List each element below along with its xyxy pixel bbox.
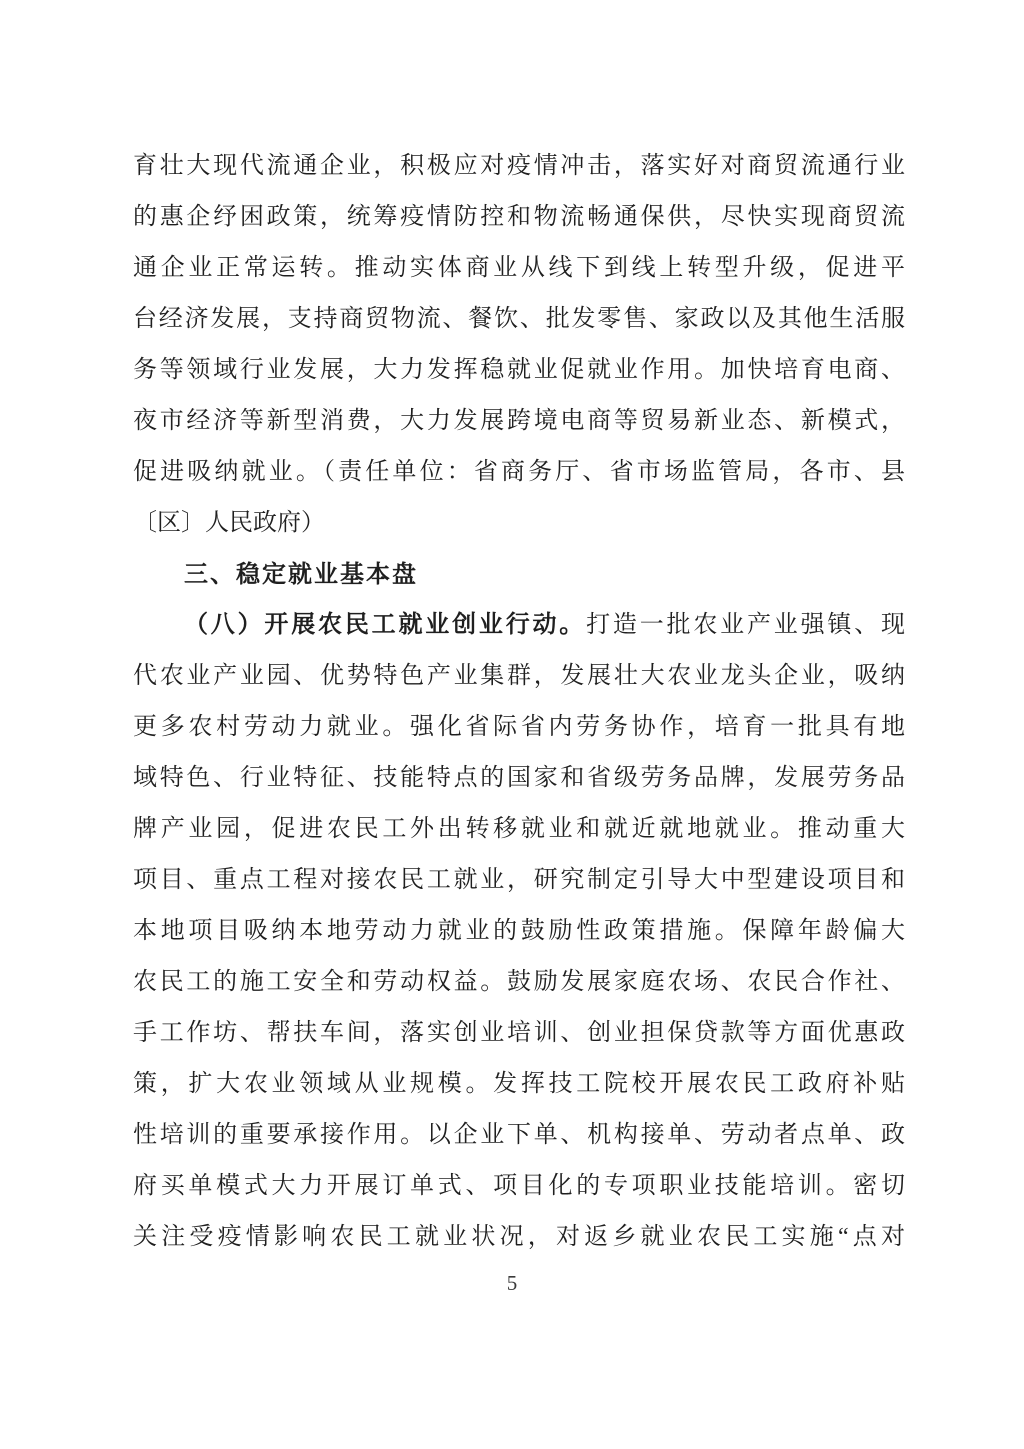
text-line: 的惠企纾困政策，统筹疫情防控和物流畅通保供，尽快实现商贸流 bbox=[133, 192, 905, 243]
text-segment: （责任单位：省商务厅、省市场监管局，各市、县 bbox=[323, 459, 905, 485]
text-segment: 的惠企纾困政策，统筹疫情防控和物流畅通保供，尽快实现商贸流 bbox=[133, 204, 905, 230]
text-line: 务等领域行业发展，大力发挥稳就业促就业作用。加快培育电商、 bbox=[133, 345, 905, 396]
text-line: 策，扩大农业领域从业规模。发挥技工院校开展农民工政府补贴 bbox=[133, 1059, 905, 1110]
text-line: 牌产业园，促进农民工外出转移就业和就近就地就业。推动重大 bbox=[133, 804, 905, 855]
text-line: 府买单模式大力开展订单式、项目化的专项职业技能培训。密切 bbox=[133, 1161, 905, 1212]
text-segment: 手工作坊、帮扶车间，落实创业培训、创业担保贷款等方面优惠政 bbox=[133, 1020, 905, 1046]
text-line: 项目、重点工程对接农民工就业，研究制定引导大中型建设项目和 bbox=[133, 855, 905, 906]
page-footer: 5 bbox=[0, 1268, 1024, 1298]
text-segment: 代农业产业园、优势特色产业集群，发展壮大农业龙头企业，吸纳 bbox=[133, 663, 905, 689]
text-segment: 通企业正常运转。推动实体商业从线下到线上转型升级，促进平 bbox=[133, 255, 905, 281]
text-segment: 台经济发展，支持商贸物流、餐饮、批发零售、家政以及其他生活服 bbox=[133, 306, 905, 332]
text-line: 手工作坊、帮扶车间，落实创业培训、创业担保贷款等方面优惠政 bbox=[133, 1008, 905, 1059]
text-line: 更多农村劳动力就业。强化省际省内劳务协作，培育一批具有地 bbox=[133, 702, 905, 753]
text-segment: 夜市经济等新型消费，大力发展跨境电商等贸易新业态、新模式， bbox=[133, 408, 905, 434]
text-segment: 域特色、行业特征、技能特点的国家和省级劳务品牌，发展劳务品 bbox=[133, 765, 905, 791]
text-segment: 〔区〕人民政府） bbox=[133, 510, 325, 536]
text-line: 农民工的施工安全和劳动权益。鼓励发展家庭农场、农民合作社、 bbox=[133, 957, 905, 1008]
text-segment: 性培训的重要承接作用。以企业下单、机构接单、劳动者点单、政 bbox=[133, 1122, 905, 1148]
text-line: 夜市经济等新型消费，大力发展跨境电商等贸易新业态、新模式， bbox=[133, 396, 905, 447]
text-line: 关注受疫情影响农民工就业状况，对返乡就业农民工实施“点对 bbox=[133, 1212, 905, 1263]
text-segment: 府买单模式大力开展订单式、项目化的专项职业技能培训。密切 bbox=[133, 1173, 905, 1199]
text-line: 域特色、行业特征、技能特点的国家和省级劳务品牌，发展劳务品 bbox=[133, 753, 905, 804]
text-line: 促进吸纳就业。（责任单位：省商务厅、省市场监管局，各市、县 bbox=[133, 447, 905, 498]
text-segment: 促进吸纳就业。 bbox=[133, 459, 323, 485]
text-line: 通企业正常运转。推动实体商业从线下到线上转型升级，促进平 bbox=[133, 243, 905, 294]
text-block: 育壮大现代流通企业，积极应对疫情冲击，落实好对商贸流通行业的惠企纾困政策，统筹疫… bbox=[133, 141, 905, 1263]
text-line: 本地项目吸纳本地劳动力就业的鼓励性政策措施。保障年龄偏大 bbox=[133, 906, 905, 957]
text-line: 〔区〕人民政府） bbox=[133, 498, 905, 549]
text-segment: 打造一批农业产业强镇、现 bbox=[586, 612, 905, 638]
text-segment: 本地项目吸纳本地劳动力就业的鼓励性政策措施。保障年龄偏大 bbox=[133, 918, 905, 944]
text-segment: （八）开展农民工就业创业行动。 bbox=[184, 612, 586, 638]
text-line: 台经济发展，支持商贸物流、餐饮、批发零售、家政以及其他生活服 bbox=[133, 294, 905, 345]
page-number: 5 bbox=[507, 1271, 518, 1295]
text-segment: 关注受疫情影响农民工就业状况，对返乡就业农民工实施“点对 bbox=[133, 1224, 905, 1250]
text-segment: 更多农村劳动力就业。强化省际省内劳务协作，培育一批具有地 bbox=[133, 714, 905, 740]
text-segment: 策，扩大农业领域从业规模。发挥技工院校开展农民工政府补贴 bbox=[133, 1071, 905, 1097]
text-line: （八）开展农民工就业创业行动。打造一批农业产业强镇、现 bbox=[133, 600, 905, 651]
text-segment: 农民工的施工安全和劳动权益。鼓励发展家庭农场、农民合作社、 bbox=[133, 969, 905, 995]
text-segment: 牌产业园，促进农民工外出转移就业和就近就地就业。推动重大 bbox=[133, 816, 905, 842]
text-segment: 三、稳定就业基本盘 bbox=[184, 561, 418, 588]
text-line: 代农业产业园、优势特色产业集群，发展壮大农业龙头企业，吸纳 bbox=[133, 651, 905, 702]
text-line: 育壮大现代流通企业，积极应对疫情冲击，落实好对商贸流通行业 bbox=[133, 141, 905, 192]
text-segment: 育壮大现代流通企业，积极应对疫情冲击，落实好对商贸流通行业 bbox=[133, 153, 905, 179]
text-segment: 项目、重点工程对接农民工就业，研究制定引导大中型建设项目和 bbox=[133, 867, 905, 893]
section-heading: 三、稳定就业基本盘 bbox=[133, 549, 905, 600]
text-segment: 务等领域行业发展，大力发挥稳就业促就业作用。加快培育电商、 bbox=[133, 357, 905, 383]
document-page: 育壮大现代流通企业，积极应对疫情冲击，落实好对商贸流通行业的惠企纾困政策，统筹疫… bbox=[0, 0, 1024, 1449]
text-line: 性培训的重要承接作用。以企业下单、机构接单、劳动者点单、政 bbox=[133, 1110, 905, 1161]
